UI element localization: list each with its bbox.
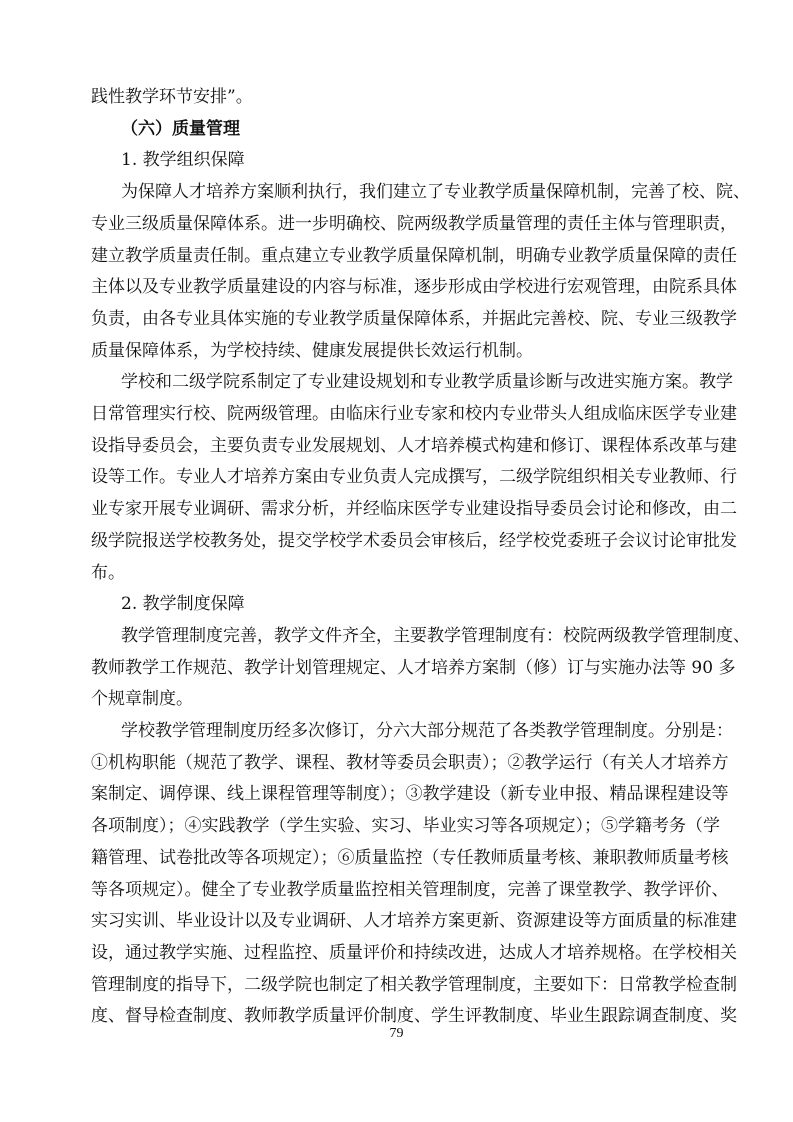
- text-line: 度、督导检查制度、教师教学质量评价制度、学生评教制度、毕业生跟踪调查制度、奖: [91, 1005, 703, 1027]
- text-line: 管理制度的指导下，二级学院也制定了相关教学管理制度，主要如下：日常教学检查制: [91, 974, 703, 996]
- text-line: 设，通过教学实施、过程监控、质量评价和持续改进，达成人才培养规格。在学校相关: [91, 942, 703, 964]
- text-line: 籍管理、试卷批改等各项规定）；⑥质量监控（专任教师质量考核、兼职教师质量考核: [91, 847, 703, 869]
- text-line: 教师教学工作规范、教学计划管理规定、人才培养方案制（修）订与实施办法等 90 多: [91, 657, 703, 679]
- text-line: 学校和二级学院系制定了专业建设规划和专业教学质量诊断与改进实施方案。教学: [121, 371, 703, 393]
- document-page: 践性教学环节安排”。（六）质量管理1. 教学组织保障为保障人才培养方案顺利执行，…: [0, 0, 793, 1122]
- text-line: 布。: [91, 562, 703, 584]
- text-line: 业专家开展专业调研、需求分析，并经临床医学专业建设指导委员会讨论和修改，由二: [91, 498, 703, 520]
- text-line: 设等工作。专业人才培养方案由专业负责人完成撰写，二级学院组织相关专业教师、行: [91, 466, 703, 488]
- text-line: 实习实训、毕业设计以及专业调研、人才培养方案更新、资源建设等方面质量的标准建: [91, 910, 703, 932]
- text-line: 专业三级质量保障体系。进一步明确校、院两级教学质量管理的责任主体与管理职责，: [91, 213, 703, 235]
- text-line: 个规章制度。: [91, 688, 703, 710]
- text-line: 级学院报送学校教务处，提交学校学术委员会审核后，经学校党委班子会议讨论审批发: [91, 530, 703, 552]
- text-line: 建立教学质量责任制。重点建立专业教学质量保障机制，明确专业教学质量保障的责任: [91, 245, 703, 267]
- text-line: 设指导委员会，主要负责专业发展规划、人才培养模式构建和修订、课程体系改革与建: [91, 435, 703, 457]
- text-line: 教学管理制度完善，教学文件齐全，主要教学管理制度有：校院两级教学管理制度、: [121, 625, 703, 647]
- subheading: 1. 教学组织保障: [121, 149, 703, 171]
- text-line: 2. 教学制度保障: [121, 593, 703, 615]
- text-line: 各项制度）；④实践教学（学生实验、实习、毕业实习等各项规定）；⑤学籍考务（学: [91, 815, 703, 837]
- text-line: 日常管理实行校、院两级管理。由临床行业专家和校内专业带头人组成临床医学专业建: [91, 403, 703, 425]
- text-line: 为保障人才培养方案顺利执行，我们建立了专业教学质量保障机制，完善了校、院、: [121, 181, 703, 203]
- text-line: ①机构职能（规范了教学、课程、教材等委员会职责）；②教学运行（有关人才培养方: [91, 752, 703, 774]
- section-heading: （六）质量管理: [121, 118, 703, 140]
- text-line: 负责，由各专业具体实施的专业教学质量保障体系，并据此完善校、院、专业三级教学: [91, 308, 703, 330]
- text-line: 主体以及专业教学质量建设的内容与标准，逐步形成由学校进行宏观管理，由院系具体: [91, 276, 703, 298]
- text-line: 践性教学环节安排”。: [91, 86, 703, 108]
- text-line: 案制定、调停课、线上课程管理等制度）；③教学建设（新专业申报、精品课程建设等: [91, 783, 703, 805]
- page-number: 79: [0, 1026, 793, 1042]
- text-line: 等各项规定）。健全了专业教学质量监控相关管理制度，完善了课堂教学、教学评价、: [91, 879, 703, 901]
- text-line: 质量保障体系，为学校持续、健康发展提供长效运行机制。: [91, 340, 703, 362]
- text-line: 学校教学管理制度历经多次修订，分六大部分规范了各类教学管理制度。分别是：: [121, 720, 703, 742]
